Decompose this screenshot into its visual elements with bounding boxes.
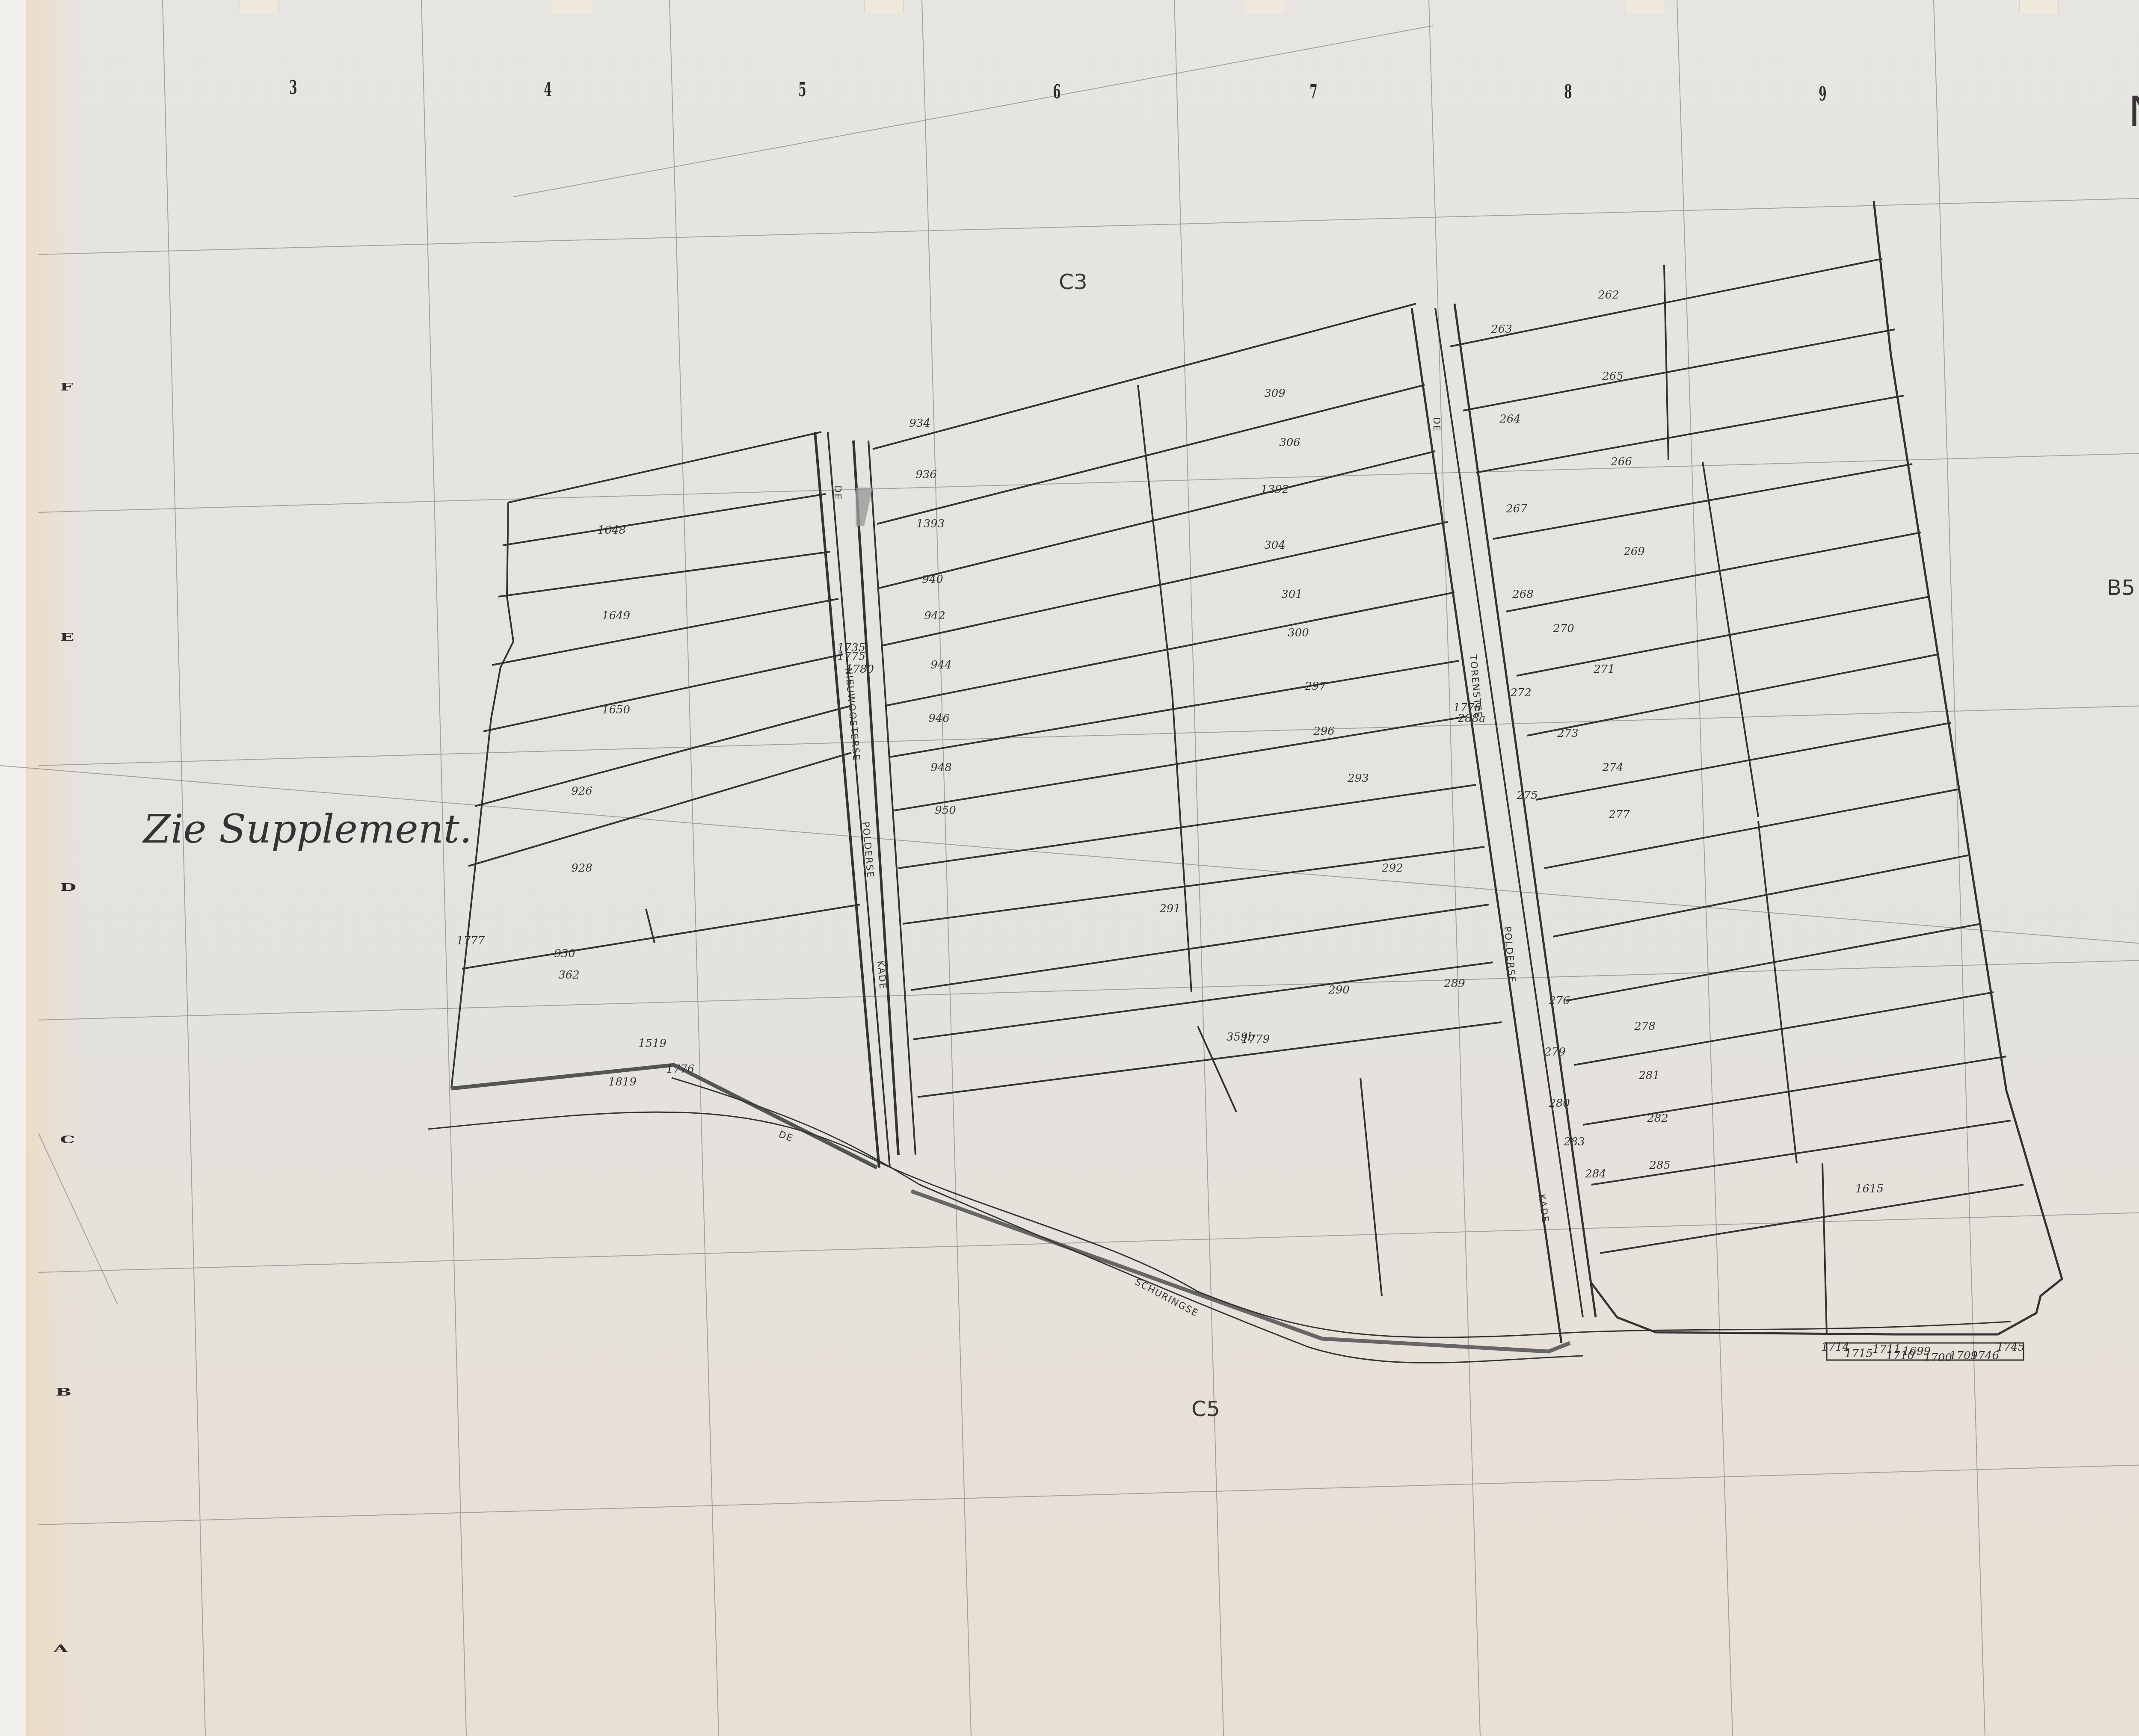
parcel-number: 270 <box>1553 622 1574 635</box>
parcel-number: 1519 <box>638 1037 667 1050</box>
parcel-number: 934 <box>909 417 930 430</box>
grid-column-label: 5 <box>798 79 806 101</box>
parcel-number: 1648 <box>598 524 626 537</box>
parcel-number: 288a <box>1458 712 1485 725</box>
parcel-number: 942 <box>924 609 945 622</box>
parcel-number: 930 <box>554 947 575 960</box>
parcel-number: 276 <box>1549 994 1570 1007</box>
parcel-number: 265 <box>1602 370 1624 383</box>
adjacent-sheet-east-upper: B5 <box>2107 575 2135 600</box>
parcel-number: 283 <box>1564 1136 1585 1148</box>
parcel-number: 279 <box>1544 1046 1566 1059</box>
grid-row-label: E <box>60 631 74 643</box>
parcel-number: 285 <box>1649 1159 1671 1172</box>
adjacent-sheet-north: C3 <box>1059 269 1087 294</box>
parcel-number: 940 <box>922 573 943 586</box>
grid-row-label: B <box>56 1386 71 1398</box>
grid-lines <box>39 0 2139 1736</box>
parcel-number: 284 <box>1585 1168 1606 1180</box>
grid-column-label: 7 <box>1309 81 1317 103</box>
parcel-number: 304 <box>1264 539 1286 552</box>
parcel-number: 293 <box>1348 772 1369 785</box>
parcel-number: 297 <box>1305 680 1326 693</box>
parcel-number: 277 <box>1609 808 1630 821</box>
parcel-number: 1715 <box>1845 1347 1873 1360</box>
parcel-number: 306 <box>1279 436 1301 449</box>
parcel-number: 1779 <box>1241 1033 1270 1046</box>
grid-row-label: C <box>60 1134 75 1146</box>
grid-column-label: 8 <box>1564 81 1572 103</box>
parcel-number: 290 <box>1328 984 1350 997</box>
parcel-number: 1649 <box>602 609 630 622</box>
parcel-number: 281 <box>1638 1069 1660 1082</box>
parcel-number: 301 <box>1281 588 1303 601</box>
parcel-number: 267 <box>1506 503 1527 515</box>
parcel-number: 1780 <box>846 663 874 676</box>
parcel-number: 1746 <box>1971 1349 1999 1362</box>
grid-row-label: A <box>53 1643 68 1655</box>
parcel-number: 272 <box>1510 686 1532 699</box>
parcel-number: 263 <box>1491 323 1512 336</box>
parcel-number: 275 <box>1517 789 1538 802</box>
parcel-number: 289 <box>1444 977 1465 990</box>
parcel-number: 1700 <box>1924 1352 1952 1364</box>
parcel-number: 273 <box>1557 727 1579 740</box>
road-label: DE <box>832 485 843 500</box>
map-title: NUMANSDORP C4 <box>2128 88 2139 136</box>
parcel-number: 1393 <box>916 518 945 530</box>
parcel-number: 1777 <box>456 935 485 947</box>
parcel-number: 928 <box>571 862 593 875</box>
road-label: DE <box>1431 417 1442 432</box>
parcel-number: 946 <box>928 712 950 725</box>
grid-column-label: 9 <box>1819 83 1826 105</box>
parcel-number: 1775 <box>837 650 865 663</box>
parcel-number: 362 <box>558 969 580 982</box>
parcel-number: 948 <box>930 761 952 774</box>
parcel-number: 1819 <box>608 1076 637 1088</box>
parcel-number: 1615 <box>1855 1183 1884 1195</box>
parcel-number: 936 <box>915 468 937 481</box>
parcel-number: 264 <box>1499 413 1521 426</box>
adjacent-sheet-south: C5 <box>1191 1396 1220 1421</box>
parcel-number: 291 <box>1159 902 1181 915</box>
grid-column-label: 6 <box>1053 81 1061 103</box>
parcel-number: 944 <box>930 659 952 671</box>
grid-column-label: 3 <box>289 77 297 99</box>
parcel-number: 1745 <box>1997 1341 2025 1354</box>
parcel-number: 1650 <box>602 704 630 716</box>
grid-column-label: 4 <box>544 79 551 101</box>
parcel-number: 266 <box>1611 455 1632 468</box>
parcel-number: 309 <box>1264 387 1286 400</box>
grid-row-label: D <box>60 881 76 893</box>
parcel-number: 1392 <box>1261 483 1289 496</box>
parcel-number: 278 <box>1634 1020 1656 1033</box>
parcel-number: 950 <box>935 804 956 817</box>
parcel-number: 1776 <box>666 1063 694 1076</box>
parcel-number: 300 <box>1288 627 1309 639</box>
parcel-number: 262 <box>1598 289 1619 302</box>
cadastral-map-drawing <box>0 0 2139 1736</box>
parcel-number: 296 <box>1313 725 1335 738</box>
parcel-number: 274 <box>1602 761 1624 774</box>
parcel-boundaries <box>428 201 2062 1363</box>
parcel-number: 282 <box>1647 1112 1668 1125</box>
parcel-number: 292 <box>1382 862 1403 875</box>
grid-row-label: F <box>60 381 73 393</box>
parcel-number: 280 <box>1549 1097 1570 1110</box>
parcel-number: 926 <box>571 785 593 798</box>
parcel-number: 271 <box>1594 663 1615 676</box>
supplement-note: Zie Supplement. <box>143 806 472 852</box>
parcel-number: 269 <box>1624 545 1645 558</box>
parcel-number: 268 <box>1512 588 1534 601</box>
